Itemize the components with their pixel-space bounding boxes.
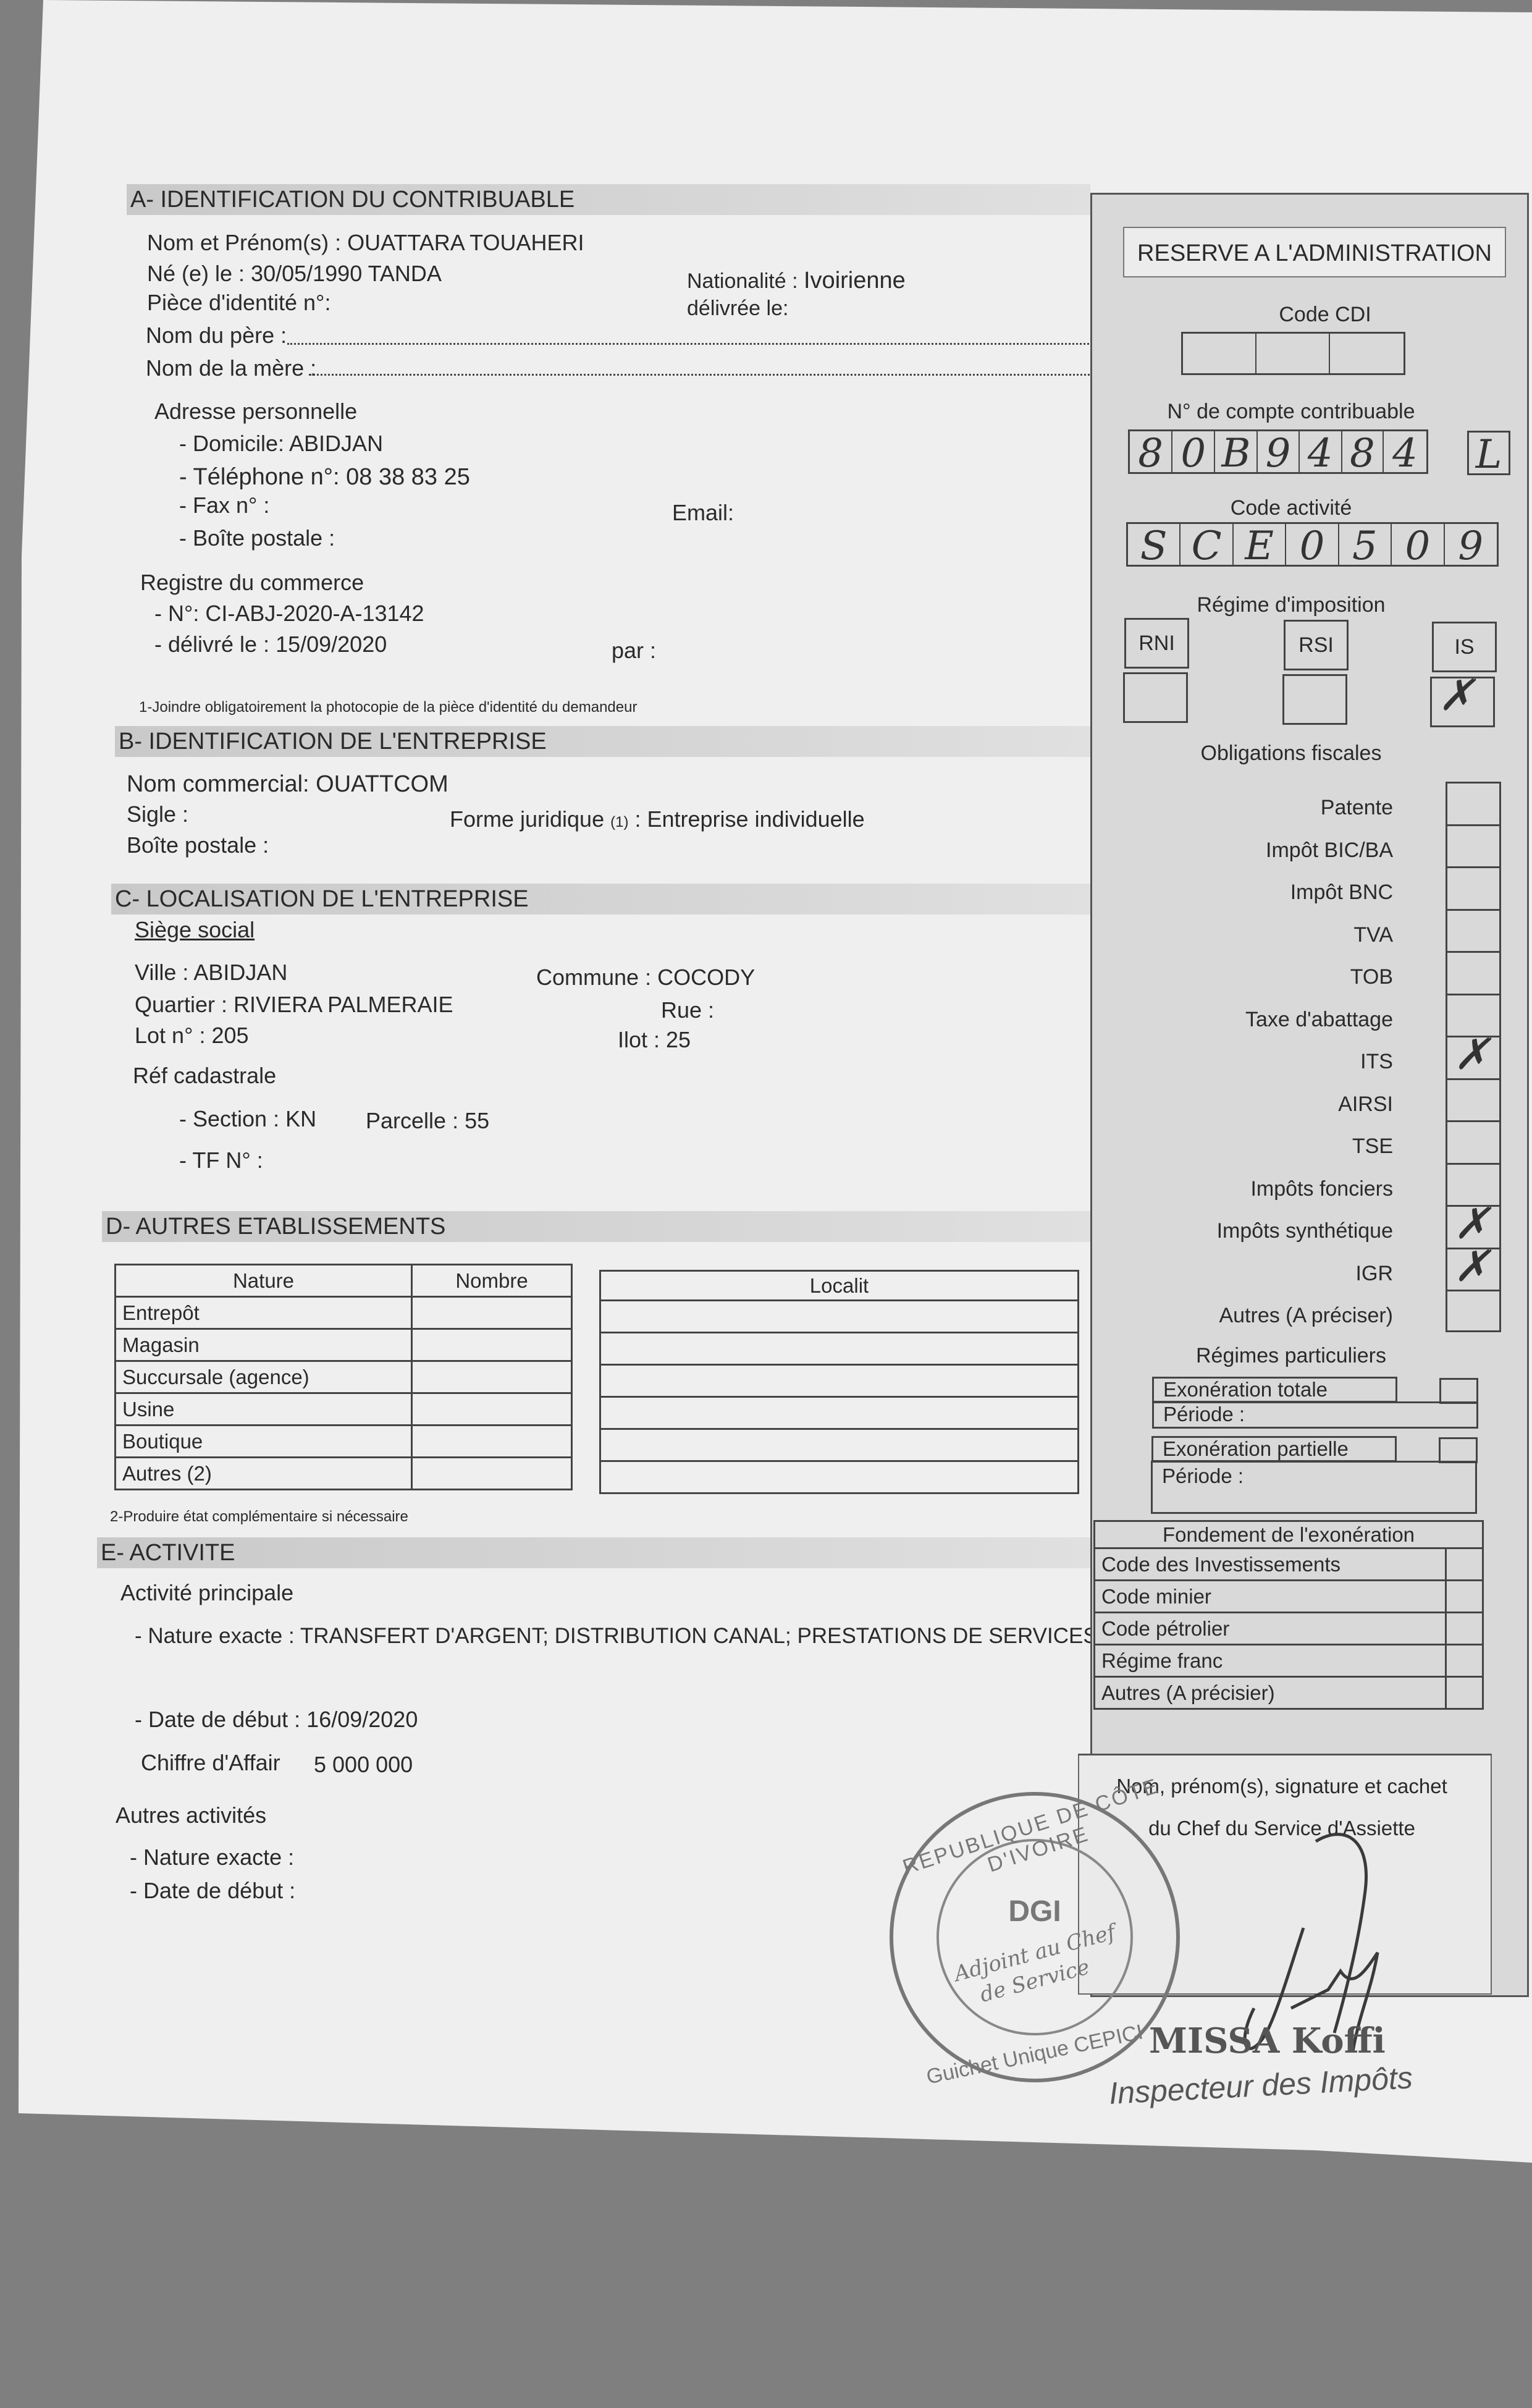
count-cell[interactable] [412, 1297, 572, 1329]
father-name-line [287, 343, 1189, 345]
nationality: Nationalité : Ivoirienne [687, 269, 906, 292]
address-title: Adresse personnelle [154, 400, 357, 423]
domicile: - Domicile: ABIDJAN [179, 433, 383, 455]
obligation-checkbox[interactable]: ✗ [1446, 1248, 1501, 1290]
partial-exemption-period: Période : [1151, 1461, 1477, 1514]
account-key-box[interactable]: L [1467, 431, 1510, 475]
tf-number: - TF N° : [179, 1149, 263, 1172]
turnover-value: 5 000 000 [314, 1754, 413, 1776]
turnover-label: Chiffre d'Affair [141, 1752, 280, 1774]
locality-cell[interactable] [600, 1333, 1079, 1365]
obligation-checkbox[interactable] [1446, 824, 1501, 867]
obligation-label: Impôt BIC/BA [1266, 840, 1393, 861]
establishments-table: Nature Nombre Entrepôt Magasin Succursal… [114, 1264, 573, 1490]
regime-rni-checkbox[interactable] [1123, 672, 1188, 723]
header-nature: Nature [116, 1265, 412, 1297]
header-count: Nombre [412, 1265, 572, 1297]
birth-info: Né (e) le : 30/05/1990 TANDA [147, 263, 442, 285]
obligation-checkbox[interactable] [1446, 951, 1501, 994]
street: Rue : [661, 999, 714, 1021]
check-mark-icon: ✗ [1454, 1241, 1490, 1291]
obligation-label: Impôts synthétique [1217, 1220, 1393, 1241]
section-d-header: D- AUTRES ETABLISSEMENTS [102, 1211, 1090, 1242]
count-cell[interactable] [412, 1361, 572, 1393]
obligation-label: Taxe d'abattage [1245, 1009, 1393, 1030]
locality-cell[interactable] [600, 1365, 1079, 1397]
trade-name: Nom commercial: OUATTCOM [127, 772, 448, 796]
regime-rsi-checkbox[interactable] [1282, 674, 1347, 725]
obligation-label: TSE [1352, 1136, 1393, 1157]
tax-regime-label: Régime d'imposition [1174, 593, 1408, 617]
exemption-basis-title: Fondement de l'exonération [1095, 1521, 1483, 1548]
count-cell[interactable] [412, 1329, 572, 1361]
registry-title: Registre du commerce [140, 572, 364, 594]
check-mark-icon: ✗ [1454, 1029, 1490, 1079]
obligation-label: AIRSI [1338, 1094, 1393, 1115]
obligation-checkbox[interactable] [1446, 866, 1501, 909]
acronym: Sigle : [127, 803, 188, 826]
main-activity: Activité principale [120, 1582, 293, 1604]
obligation-checkboxes: ✗✗✗ [1446, 782, 1501, 1332]
mother-name: Nom de la mère : [146, 357, 316, 379]
count-cell[interactable] [412, 1458, 572, 1490]
footnote-2: 2-Produire état complémentaire si nécess… [110, 1510, 408, 1524]
locality-cell[interactable] [600, 1429, 1079, 1461]
account-label: N° de compte contribuable [1149, 400, 1433, 424]
locality-table: Localit [599, 1270, 1079, 1494]
locality-cell[interactable] [600, 1461, 1079, 1493]
obligation-checkbox[interactable] [1446, 1078, 1501, 1121]
total-exemption-label: Exonération totale [1152, 1377, 1397, 1403]
section-c-header: C- LOCALISATION DE L'ENTREPRISE [111, 884, 1090, 915]
cdi-boxes[interactable] [1181, 332, 1405, 375]
basis-checkbox[interactable] [1446, 1581, 1483, 1613]
header-locality: Localit [600, 1271, 1079, 1301]
postal-box: - Boîte postale : [179, 527, 335, 549]
basis-checkbox[interactable] [1446, 1548, 1483, 1581]
partial-exemption-checkbox[interactable] [1439, 1437, 1478, 1463]
activity-start-date: - Date de début : 16/09/2020 [135, 1709, 418, 1731]
other-nature: - Nature exacte : [130, 1846, 294, 1869]
head-office: Siège social [135, 919, 255, 941]
lot-number: Lot n° : 205 [135, 1024, 249, 1047]
section-kn: - Section : KN [179, 1108, 316, 1130]
locality-cell[interactable] [600, 1397, 1079, 1429]
count-cell[interactable] [412, 1426, 572, 1458]
locality-cell[interactable] [600, 1301, 1079, 1333]
taxpayer-name: Nom et Prénom(s) : OUATTARA TOUAHERI [147, 232, 584, 254]
table-row: Boutique [116, 1426, 572, 1458]
fax: - Fax n° : [179, 494, 269, 517]
activity-nature: - Nature exacte : TRANSFERT D'ARGENT; DI… [135, 1625, 1098, 1647]
regime-rni-label: RNI [1124, 618, 1189, 669]
obligation-checkbox[interactable]: ✗ [1446, 1036, 1501, 1078]
regime-is-label: IS [1432, 622, 1497, 672]
id-number: Pièce d'identité n°: [147, 292, 330, 314]
obligation-checkbox[interactable] [1446, 1120, 1501, 1163]
section-b-header: B- IDENTIFICATION DE L'ENTREPRISE [115, 726, 1091, 757]
obligation-checkbox[interactable] [1446, 782, 1501, 824]
section-e-header: E- ACTIVITE [97, 1537, 1090, 1568]
account-number-boxes[interactable]: 8 0 B 9 4 8 4 [1128, 429, 1428, 474]
partial-exemption-label: Exonération partielle [1151, 1436, 1397, 1462]
signatory-name: MISSA Koffi [1149, 2024, 1386, 2058]
commune: Commune : COCODY [536, 966, 755, 989]
other-start-date: - Date de début : [130, 1880, 295, 1902]
registry-date: - délivré le : 15/09/2020 [154, 633, 387, 656]
table-row: Magasin [116, 1329, 572, 1361]
special-regimes-label: Régimes particuliers [1174, 1344, 1408, 1368]
table-row: Usine [116, 1393, 572, 1426]
email: Email: [672, 502, 734, 524]
cadastral-ref: Réf cadastrale [133, 1065, 276, 1087]
basis-checkbox[interactable] [1446, 1645, 1483, 1677]
mother-name-line [309, 374, 1180, 376]
obligation-label: ITS [1360, 1051, 1393, 1072]
telephone: - Téléphone n°: 08 38 83 25 [179, 465, 470, 489]
block-number: Ilot : 25 [618, 1029, 691, 1051]
total-exemption-checkbox[interactable] [1439, 1378, 1478, 1404]
obligation-checkbox[interactable] [1446, 909, 1501, 952]
basis-checkbox[interactable] [1446, 1677, 1483, 1709]
obligation-label: TVA [1353, 924, 1393, 945]
city: Ville : ABIDJAN [135, 961, 287, 984]
obligation-label: IGR [1356, 1263, 1393, 1284]
total-exemption-period: Période : [1152, 1401, 1478, 1429]
district: Quartier : RIVIERA PALMERAIE [135, 994, 453, 1016]
official-stamp: REPUBLIQUE DE CÔTE D'IVOIRE Guichet Uniq… [890, 1792, 1180, 2082]
footnote-1: 1-Joindre obligatoirement la photocopie … [139, 700, 637, 715]
basis-checkbox[interactable] [1446, 1613, 1483, 1645]
legal-form: Forme juridique (1) : Entreprise individ… [450, 808, 865, 830]
obligation-label: Autres (A préciser) [1219, 1305, 1393, 1326]
issued-date: délivrée le: [687, 298, 788, 319]
count-cell[interactable] [412, 1393, 572, 1426]
table-row: Autres (2) [116, 1458, 572, 1490]
section-a-header: A- IDENTIFICATION DU CONTRIBUABLE [127, 184, 1090, 215]
obligation-label: Impôts fonciers [1250, 1178, 1393, 1199]
registry-by: par : [612, 640, 656, 662]
registry-number: - N°: CI-ABJ-2020-A-13142 [154, 602, 424, 625]
table-row: Entrepôt [116, 1297, 572, 1329]
regime-is-checkbox[interactable]: ✗ [1430, 677, 1495, 727]
exemption-basis-table: Fondement de l'exonération Code des Inve… [1093, 1520, 1484, 1710]
obligation-label: Patente [1321, 797, 1393, 818]
obligation-label: Impôt BNC [1290, 882, 1393, 903]
obligation-checkbox[interactable] [1446, 1290, 1501, 1332]
fiscal-obligations-label: Obligations fiscales [1174, 741, 1408, 766]
activity-code-boxes[interactable]: S C E 0 5 0 9 [1126, 522, 1499, 567]
admin-title: RESERVE A L'ADMINISTRATION [1123, 227, 1506, 277]
parcel: Parcelle : 55 [366, 1110, 489, 1132]
activity-code-label: Code activité [1192, 496, 1390, 520]
company-postal-box: Boîte postale : [127, 834, 269, 856]
father-name: Nom du père : [146, 324, 287, 347]
table-row: Succursale (agence) [116, 1361, 572, 1393]
other-activities: Autres activités [116, 1804, 266, 1827]
cdi-label: Code CDI [1229, 303, 1421, 327]
table-header-row: Nature Nombre [116, 1265, 572, 1297]
regime-rsi-label: RSI [1284, 620, 1349, 670]
check-mark-icon: ✗ [1438, 670, 1475, 720]
obligation-label: TOB [1350, 966, 1393, 987]
